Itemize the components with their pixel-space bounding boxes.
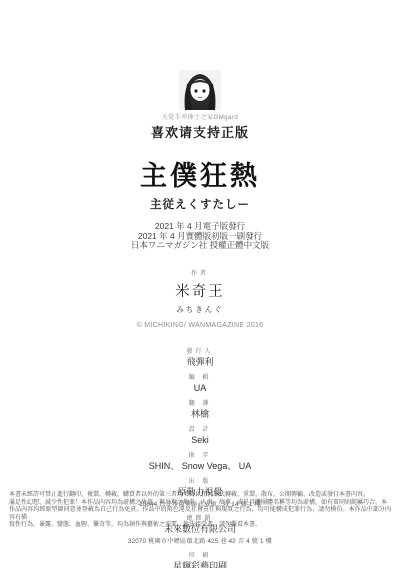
book-title: 主僕狂熱 bbox=[140, 163, 260, 190]
credit-value: 林檎 bbox=[189, 409, 212, 419]
credit-value: UA bbox=[189, 383, 212, 393]
credit-value: Seki bbox=[189, 435, 212, 445]
credits-list: 發行人 飛彈利 編 輯 UA 翻 譯 林檎 設 計 Seki 嵌 字 SHIN、… bbox=[128, 341, 272, 568]
author-name: 米奇王 bbox=[137, 280, 264, 301]
credit-label: 嵌 字 bbox=[149, 453, 252, 460]
book-subtitle: 主従えくすたしー bbox=[150, 196, 250, 212]
manga-girl-portrait-image bbox=[179, 70, 221, 110]
credit-address: 32070 桃園市中壢區環北路 425 巷 42 弄 4 號 1 樓 bbox=[128, 536, 272, 545]
author-label: 作者 bbox=[137, 271, 264, 278]
credit-label: 編 輯 bbox=[189, 375, 212, 382]
credit-label: 翻 譯 bbox=[189, 401, 212, 408]
legal-fine-print: 本書未經許可禁止進行翻印、複製、轉載。購買者以外的第三者均不得以任何形式轉載、重… bbox=[9, 492, 391, 530]
copyright-line: © MICHIKING/ WANMAGAZINE 2016 bbox=[137, 322, 264, 329]
author-kana: みちきんぐ bbox=[137, 304, 264, 315]
credit-row-designer: 設 計 Seki bbox=[189, 427, 212, 445]
watermark-block: 关爱手冲绅士之家GMgard 喜欢请支持正版 bbox=[151, 70, 249, 141]
fine-print-line: 本書未經許可禁止進行翻印、複製、轉載。購買者以外的第三者均不得以任何形式轉載、重… bbox=[9, 492, 391, 500]
credit-row-translator: 翻 譯 林檎 bbox=[189, 401, 212, 419]
credit-value: SHIN、 Snow Vega、 UA bbox=[149, 461, 252, 471]
watermark-slogan: 喜欢请支持正版 bbox=[151, 122, 249, 141]
edition-line: 日本ワニマガジン社 授權正體中文版 bbox=[131, 241, 269, 251]
credit-row-printer: 印 刷 星輝彩藝印刷 bbox=[173, 553, 227, 568]
credit-value: 飛彈利 bbox=[186, 357, 213, 367]
credit-row-editor: 編 輯 UA bbox=[189, 375, 212, 393]
credit-label: 出 版 bbox=[139, 479, 261, 486]
fine-print-line: 作品內容均經原型師同意並登載為自己行為免責。作品中的角色違反社會責任與現實之行為… bbox=[9, 507, 391, 522]
credit-label: 發行人 bbox=[186, 349, 213, 356]
credit-label: 設 計 bbox=[189, 427, 212, 434]
credit-value: 星輝彩藝印刷 bbox=[173, 561, 227, 568]
credit-row-lettering: 嵌 字 SHIN、 Snow Vega、 UA bbox=[149, 453, 252, 471]
watermark-caption: 关爱手冲绅士之家GMgard bbox=[162, 112, 239, 121]
credit-label: 印 刷 bbox=[173, 553, 227, 560]
colophon-page: 关爱手冲绅士之家GMgard 喜欢请支持正版 主僕狂熱 主従えくすたしー 202… bbox=[0, 0, 400, 568]
edition-info: 2021 年 4 月電子版發行 2021 年 4 月實體版初版一刷發行 日本ワニ… bbox=[131, 222, 269, 251]
credit-row-publisher-person: 發行人 飛彈利 bbox=[186, 349, 213, 367]
fine-print-line: 寫性行為、暴露、變態、血腥、獵奇等，均為創作與藝術之需要，無法接受者，請勿觀看本… bbox=[9, 522, 391, 530]
author-block: 作者 米奇王 みちきんぐ © MICHIKING/ WANMAGAZINE 20… bbox=[137, 271, 264, 329]
